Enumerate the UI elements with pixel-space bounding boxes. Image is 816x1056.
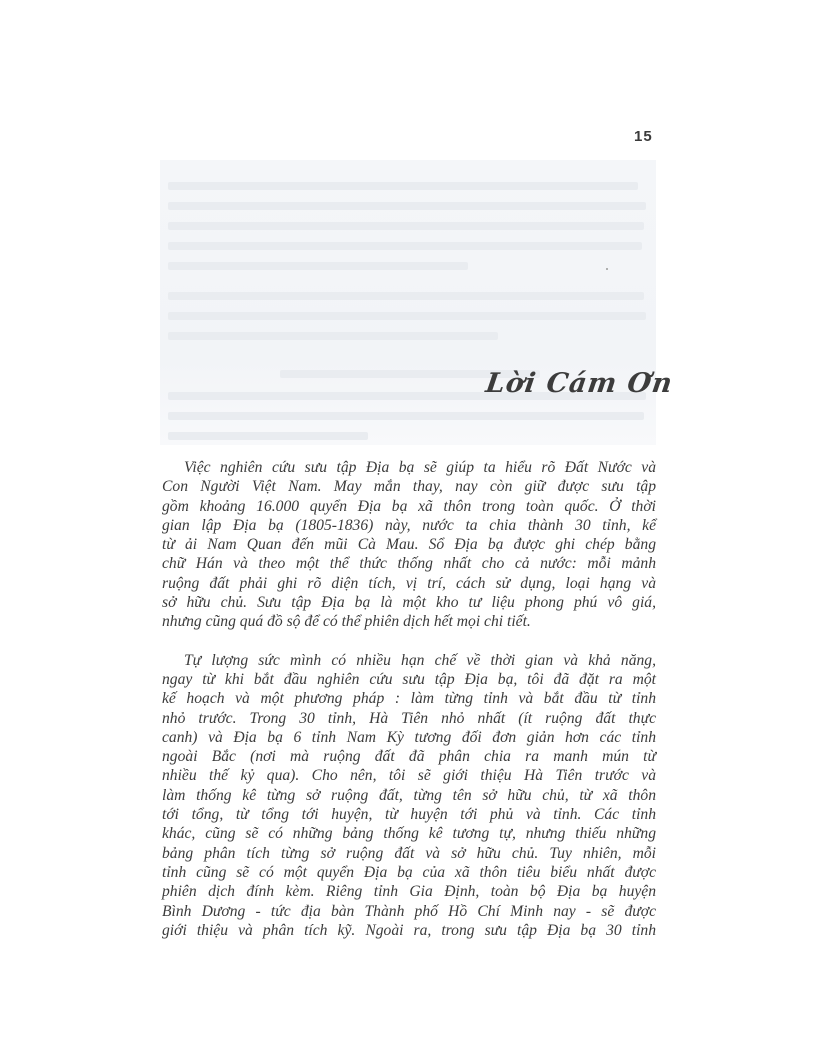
document-page: 15 Lời Cám Ơn Việc nghiên cứu sưu tập Đị… [0, 0, 816, 1056]
scan-speck [560, 600, 561, 601]
paragraph-2: Tự lượng sức mình có nhiều hạn chế về th… [162, 651, 656, 940]
text-line: ngay từ khi bắt đầu nghiên cứu sưu tập Đ… [162, 670, 656, 689]
bleed-line [168, 222, 644, 230]
text-line: Tự lượng sức mình có nhiều hạn chế về th… [162, 651, 656, 670]
text-line: nhỏ trước. Trong 30 tỉnh, Hà Tiên nhỏ nh… [162, 709, 656, 728]
bleed-line [168, 182, 638, 190]
text-line: tỉnh cũng sẽ có một quyển Địa bạ của xã … [162, 863, 656, 882]
text-line: làm thống kê từng sở ruộng đất, từng tên… [162, 786, 656, 805]
chapter-title: Lời Cám Ơn [484, 368, 675, 399]
text-line: bảng phân tích từng sở ruộng đất và sở h… [162, 844, 656, 863]
scan-speck [330, 520, 331, 521]
text-line: giới thiệu và phân tích kỹ. Ngoài ra, tr… [162, 921, 656, 940]
text-line: gồm khoảng 16.000 quyển Địa bạ xã thôn t… [162, 497, 656, 516]
text-line: tới tổng, từ tổng tới huyện, từ huyện tớ… [162, 805, 656, 824]
bleed-through-text-area [160, 160, 656, 445]
text-line: phiên dịch đính kèm. Riêng tỉnh Gia Định… [162, 882, 656, 901]
text-line: ngoài Bắc (nơi mà ruộng đất đã phân chia… [162, 747, 656, 766]
bleed-line [168, 202, 646, 210]
body-text: Việc nghiên cứu sưu tập Địa bạ sẽ giúp t… [162, 458, 656, 940]
bleed-line [168, 262, 468, 270]
text-line: nhưng cũng quá đồ sộ để có thể phiên dịc… [162, 612, 656, 631]
bleed-line [168, 312, 646, 320]
bleed-line [168, 292, 644, 300]
text-line: nhiều thế kỷ qua). Cho nên, tôi sẽ giới … [162, 766, 656, 785]
paragraph-1: Việc nghiên cứu sưu tập Địa bạ sẽ giúp t… [162, 458, 656, 632]
text-line: ruộng đất phải ghi rõ diện tích, vị trí,… [162, 574, 656, 593]
text-line: Bình Dương - tức địa bàn Thành phố Hồ Ch… [162, 902, 656, 921]
text-line: Con Người Việt Nam. May mắn thay, nay cò… [162, 477, 656, 496]
text-line: từ ải Nam Quan đến mũi Cà Mau. Sổ Địa bạ… [162, 535, 656, 554]
page-number: 15 [634, 128, 653, 145]
bleed-line [168, 242, 642, 250]
text-line: khác, cũng sẽ có những bảng thống kê tươ… [162, 824, 656, 843]
text-line: chữ Hán và theo một thể thức thống nhất … [162, 554, 656, 573]
bleed-line [168, 332, 498, 340]
bleed-line [168, 432, 368, 440]
text-line: sở hữu chủ. Sưu tập Địa bạ là một kho tư… [162, 593, 656, 612]
text-line: gian lập Địa bạ (1805-1836) này, nước ta… [162, 516, 656, 535]
text-line: Việc nghiên cứu sưu tập Địa bạ sẽ giúp t… [162, 458, 656, 477]
text-line: kế hoạch và một phương pháp : làm từng t… [162, 689, 656, 708]
text-line: canh) và Địa bạ 6 tỉnh Nam Kỳ tương đối … [162, 728, 656, 747]
scan-speck [606, 268, 608, 270]
bleed-line [168, 412, 644, 420]
